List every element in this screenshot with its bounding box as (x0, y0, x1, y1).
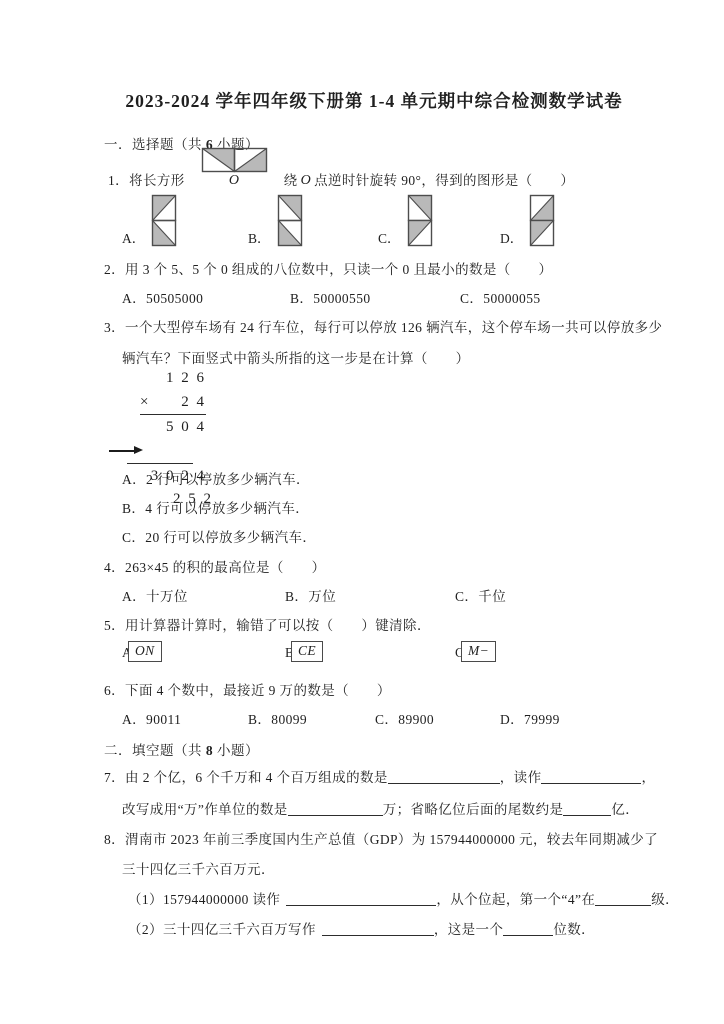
question-2: 2．用 3 个 5、5 个 0 组成的八位数中，只读一个 0 且最小的数是（ ） (104, 258, 552, 278)
q2-option-c: C．50000055 (460, 287, 541, 307)
q6-option-d: D．79999 (500, 708, 560, 728)
q7-text-5: 万；省略亿位后面的尾数约是 (383, 802, 564, 817)
option-d: D． (500, 194, 555, 247)
arrow-icon (109, 450, 135, 452)
q6-option-c: C．89900 (375, 708, 434, 728)
question-7-line1: 7．由 2 个亿，6 个千万和 4 个百万组成的数是，读作， (104, 766, 655, 786)
q3-option-c: C．20 行可以停放多少辆汽车． (122, 526, 316, 546)
calculator-key-on: ON (128, 641, 162, 662)
q7-text-6: 亿． (611, 802, 639, 817)
rotation-stem-figure (201, 147, 268, 173)
question-8-line1: 8．渭南市 2023 年前三季度国内生产总值（GDP）为 15794400000… (104, 828, 658, 848)
option-a: A． (122, 194, 177, 247)
blank-line (322, 921, 434, 936)
question-8-line2: 三十四亿三千六百万元． (122, 858, 275, 878)
q7-text-3: ， (641, 770, 655, 785)
calc-multiplier-row: × 2 4 (140, 390, 206, 415)
blank-line (563, 801, 611, 816)
calc-partial-2-row: 2 5 2 (127, 439, 193, 464)
section-2-post: 小题） (213, 743, 259, 758)
q7-text-4: 改写成用“万”作单位的数是 (122, 802, 288, 817)
q8-sub1-text-2: ，从个位起，第一个“4”在 (436, 892, 595, 907)
option-d-label: D． (500, 231, 523, 246)
option-b-figure (277, 194, 303, 247)
blank-line (388, 769, 500, 784)
option-c: C． (378, 194, 433, 247)
point-o-label: O (229, 173, 240, 189)
question-1: 1．将长方形 O 绕 O 点逆时针旋转 90°，得到的图形是（ ） (108, 147, 574, 189)
option-a-figure (151, 194, 177, 247)
q4-option-b: B．万位 (285, 585, 336, 605)
question-8-sub2: （2）三十四亿三千六百万写作，这是一个位数． (128, 918, 595, 938)
question-7-line2: 改写成用“万”作单位的数是万；省略亿位后面的尾数约是亿． (122, 798, 639, 818)
q2-option-a: A．50505000 (122, 287, 203, 307)
question-4-options: A．十万位 B．万位 C．千位 (104, 585, 644, 605)
q7-text-1: 7．由 2 个亿，6 个千万和 4 个百万组成的数是 (104, 770, 388, 785)
option-c-label: C． (378, 231, 401, 246)
q4-option-a: A．十万位 (122, 585, 188, 605)
option-d-figure (529, 194, 555, 247)
section-2-heading: 二．填空题（共 8 小题） (104, 739, 259, 759)
calculator-key-ce: CE (291, 641, 323, 662)
calc-multiplier: 2 4 (181, 390, 206, 414)
blank-line (595, 891, 651, 906)
q6-option-b: B．80099 (248, 708, 307, 728)
blank-line (541, 769, 641, 784)
question-1-options: A． B． C． D． (104, 191, 644, 247)
q2-option-b: B．50000550 (290, 287, 371, 307)
calculator-key-m-minus: M− (461, 641, 496, 662)
option-a-label: A． (122, 231, 145, 246)
question-5: 5．用计算器计算时，输错了可以按（ ）键清除． (104, 614, 431, 634)
question-1-text-before: 1．将长方形 (108, 169, 185, 189)
q8-sub2-text-1: （2）三十四亿三千六百万写作 (128, 922, 316, 937)
point-o-inline: O (298, 173, 315, 189)
q7-text-2: ，读作 (500, 770, 542, 785)
q8-sub1-text-3: 级． (651, 892, 679, 907)
q8-sub2-text-3: 位数． (553, 922, 595, 937)
exam-paper-page: 2023-2024 学年四年级下册第 1-4 单元期中综合检测数学试卷 一．选择… (0, 0, 724, 1024)
question-4: 4．263×45 的积的最高位是（ ） (104, 556, 326, 576)
question-5-options: A．ON B．CE C．M− (104, 641, 644, 667)
question-2-options: A．50505000 B．50000550 C．50000055 (104, 287, 644, 307)
rotation-stem: O (201, 147, 268, 189)
question-8-sub1: （1）157944000000 读作，从个位起，第一个“4”在级． (128, 888, 679, 908)
multiply-sign: × (140, 390, 150, 414)
calc-partial-1: 5 0 4 (140, 415, 206, 439)
option-c-figure (407, 194, 433, 247)
question-1-text-mid: 绕 (284, 169, 298, 189)
q8-sub1-text-1: （1）157944000000 读作 (128, 892, 280, 907)
q4-option-c: C．千位 (455, 585, 506, 605)
question-6-options: A．90011 B．80099 C．89900 D．79999 (104, 708, 644, 728)
option-b-label: B． (248, 231, 271, 246)
q6-option-a: A．90011 (122, 708, 181, 728)
question-1-text-after: 点逆时针旋转 90°，得到的图形是（ ） (314, 169, 574, 189)
question-3-line2: 辆汽车？下面竖式中箭头所指的这一步是在计算（ ） (122, 347, 470, 367)
blank-line (286, 891, 436, 906)
calc-multiplicand: 1 2 6 (140, 366, 206, 390)
q3-option-a: A．2 行可以停放多少辆汽车． (122, 468, 310, 488)
blank-line (288, 801, 383, 816)
page-title: 2023-2024 学年四年级下册第 1-4 单元期中综合检测数学试卷 (104, 88, 644, 113)
blank-line (503, 921, 553, 936)
question-6: 6．下面 4 个数中，最接近 9 万的数是（ ） (104, 679, 391, 699)
q8-sub2-text-2: ，这是一个 (434, 922, 504, 937)
q3-option-b: B．4 行可以停放多少辆汽车． (122, 497, 309, 517)
option-b: B． (248, 194, 303, 247)
section-2-pre: 二．填空题（共 (104, 743, 206, 758)
question-3-line1: 3．一个大型停车场有 24 行车位，每行可以停放 126 辆汽车，这个停车场一共… (104, 316, 662, 336)
